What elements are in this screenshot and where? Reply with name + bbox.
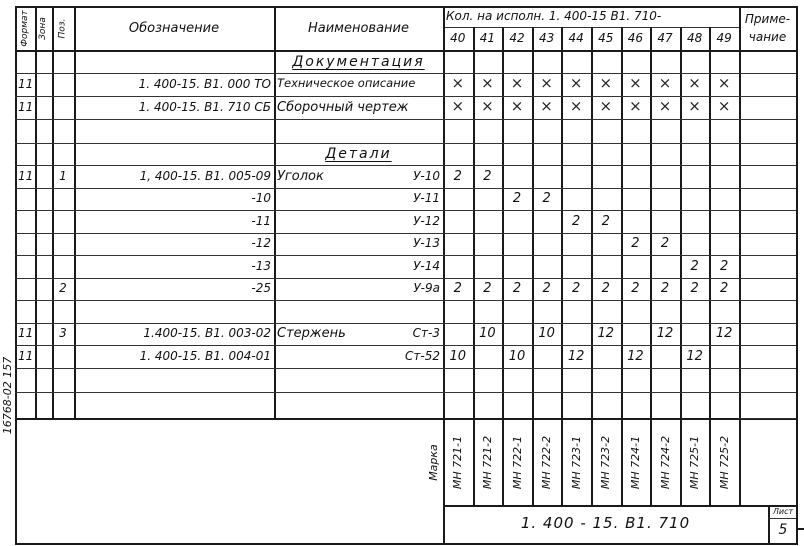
- header-designation: Обозначение: [74, 22, 274, 35]
- cell-qty: 10: [473, 327, 503, 340]
- header-position: Поз.: [58, 18, 67, 38]
- cell-designation: -10: [74, 192, 271, 204]
- row-line: [15, 418, 796, 420]
- cell-qty: 2: [561, 215, 591, 228]
- cell-qty: ×: [473, 99, 503, 114]
- specification-sheet: ФорматЗонаПоз.ОбозначениеНаименованиеКол…: [0, 0, 804, 546]
- row-line: [15, 255, 796, 256]
- cell-designation: -11: [74, 215, 271, 227]
- cell-qty: 2: [473, 282, 503, 295]
- cell-designation: 1.400-15. B1. 003-02: [74, 327, 271, 339]
- mark-value: МН 724-2: [660, 435, 671, 488]
- row-line: [15, 210, 796, 211]
- row-line: [15, 233, 796, 234]
- cell-qty: ×: [591, 76, 621, 91]
- header-variant-45: 45: [591, 32, 621, 44]
- cell-format: 11: [18, 101, 34, 113]
- mark-value: МН 724-1: [630, 435, 641, 488]
- marks-label: Марка: [427, 444, 438, 481]
- frame-right: [796, 6, 798, 543]
- cell-qty: ×: [709, 76, 739, 91]
- mark-value: МН 721-1: [452, 435, 463, 488]
- cell-format: 11: [18, 78, 34, 90]
- cell-designation: 1. 400-15. B1. 004-01: [74, 350, 271, 362]
- mark-value: МН 725-2: [719, 435, 730, 488]
- cell-qty: ×: [443, 76, 473, 91]
- cell-mark: У-12: [274, 215, 440, 227]
- cell-qty: 2: [591, 282, 621, 295]
- cell-qty: ×: [502, 76, 532, 91]
- cell-qty: ×: [680, 99, 710, 114]
- cell-position: 2: [52, 282, 74, 294]
- header-qty-caption: Кол. на исполн. 1. 400-15 B1. 710-: [446, 10, 736, 22]
- header-zone: Зона: [38, 17, 47, 40]
- cell-qty: 2: [680, 282, 710, 295]
- row-line: [15, 300, 796, 301]
- cell-mark: У-13: [274, 237, 440, 249]
- cell-qty: ×: [502, 99, 532, 114]
- row-line: [15, 73, 796, 74]
- cell-name: Техническое описание: [277, 78, 427, 90]
- cell-mark: У-10: [274, 170, 440, 182]
- cell-qty: ×: [532, 76, 562, 91]
- header-variant-47: 47: [650, 32, 680, 44]
- cell-name: Сборочный чертеж: [277, 101, 427, 114]
- cell-qty: 12: [561, 350, 591, 363]
- marks-bottom-line: [443, 505, 739, 507]
- cell-mark: У-11: [274, 192, 440, 204]
- row-line: [15, 392, 796, 393]
- row-line: [15, 188, 796, 189]
- cell-qty: ×: [650, 99, 680, 114]
- mark-value: МН 723-2: [600, 435, 611, 488]
- cell-qty: 12: [709, 327, 739, 340]
- cell-qty: 2: [621, 237, 651, 250]
- cell-format: 11: [18, 327, 34, 339]
- cell-designation: -13: [74, 260, 271, 272]
- cell-qty: 2: [502, 192, 532, 205]
- frame-bottom: [15, 543, 798, 545]
- cell-qty: ×: [680, 76, 710, 91]
- cell-qty: 10: [532, 327, 562, 340]
- column-line-zone: [35, 6, 37, 418]
- title-code: 1. 400 - 15. B1. 710: [443, 516, 768, 531]
- cell-qty: 12: [621, 350, 651, 363]
- cell-mark: У-9а: [274, 282, 440, 294]
- cell-qty: 2: [591, 215, 621, 228]
- column-line-pos: [52, 6, 54, 418]
- cell-qty: 2: [443, 282, 473, 295]
- header-variant-43: 43: [532, 32, 562, 44]
- row-line: [15, 165, 796, 166]
- mark-value: МН 722-1: [512, 435, 523, 488]
- cell-mark: Ст-52: [274, 350, 440, 362]
- header-variant-48: 48: [680, 32, 710, 44]
- cell-qty: 12: [680, 350, 710, 363]
- row-line: [15, 368, 796, 369]
- header-variant-40: 40: [443, 32, 473, 44]
- row-line: [15, 323, 796, 324]
- cell-mark: У-14: [274, 260, 440, 272]
- section-heading: Детали: [274, 147, 443, 161]
- header-note-line1: Приме-: [741, 13, 794, 25]
- cell-qty: ×: [561, 76, 591, 91]
- cell-designation: -25: [74, 282, 271, 294]
- cell-qty: ×: [473, 76, 503, 91]
- sheet-number: 5: [770, 523, 796, 537]
- mark-value: МН 725-1: [689, 435, 700, 488]
- cell-position: 3: [52, 327, 74, 339]
- section-heading: Документация: [274, 55, 443, 69]
- cell-qty: 10: [443, 350, 473, 363]
- cell-qty: 2: [473, 170, 503, 183]
- cell-qty: ×: [621, 99, 651, 114]
- row-line: [15, 96, 796, 97]
- cell-qty: 2: [561, 282, 591, 295]
- row-line: [15, 278, 796, 279]
- cell-designation: -12: [74, 237, 271, 249]
- cell-qty: 2: [532, 192, 562, 205]
- cell-designation: 1, 400-15. B1. 005-09: [74, 170, 271, 182]
- cell-qty: 2: [650, 237, 680, 250]
- cell-qty: 12: [591, 327, 621, 340]
- header-variant-42: 42: [502, 32, 532, 44]
- frame-top: [15, 6, 798, 8]
- cell-format: 11: [18, 170, 34, 182]
- cell-qty: 2: [443, 170, 473, 183]
- cell-qty: 2: [502, 282, 532, 295]
- cell-qty: 2: [650, 282, 680, 295]
- header-variant-44: 44: [561, 32, 591, 44]
- cell-qty: 12: [650, 327, 680, 340]
- mark-value: МН 722-2: [541, 435, 552, 488]
- cell-qty: 2: [680, 260, 710, 273]
- cell-qty: ×: [561, 99, 591, 114]
- cell-qty: ×: [532, 99, 562, 114]
- margin-stamp: 16768-02 157: [2, 356, 13, 433]
- mark-value: МН 721-2: [482, 435, 493, 488]
- cell-mark: Ст-3: [274, 327, 440, 339]
- cell-qty: ×: [443, 99, 473, 114]
- sheet-label: Лист: [770, 508, 796, 516]
- header-variant-46: 46: [621, 32, 651, 44]
- sheet-tick: [796, 528, 804, 530]
- cell-qty: 2: [532, 282, 562, 295]
- row-line: [15, 119, 796, 120]
- cell-qty: ×: [621, 76, 651, 91]
- cell-qty: ×: [709, 99, 739, 114]
- header-variant-41: 41: [473, 32, 503, 44]
- row-line: [15, 143, 796, 144]
- cell-designation: 1. 400-15. B1. 000 ТО: [74, 78, 271, 90]
- cell-position: 1: [52, 170, 74, 182]
- cell-designation: 1. 400-15. B1. 710 СБ: [74, 101, 271, 113]
- cell-qty: 10: [502, 350, 532, 363]
- cell-qty: 2: [709, 260, 739, 273]
- cell-qty: 2: [621, 282, 651, 295]
- header-name: Наименование: [274, 22, 443, 35]
- note-marks-top: [739, 418, 796, 419]
- mark-value: МН 723-1: [571, 435, 582, 488]
- frame-left: [15, 6, 17, 545]
- cell-qty: 2: [709, 282, 739, 295]
- header-format: Формат: [20, 10, 29, 47]
- sheet-box-divider: [768, 518, 796, 519]
- header-variant-49: 49: [709, 32, 739, 44]
- header-note-line2: чание: [741, 31, 794, 43]
- cell-format: 11: [18, 350, 34, 362]
- row-line: [15, 345, 796, 346]
- cell-qty: ×: [650, 76, 680, 91]
- cell-qty: ×: [591, 99, 621, 114]
